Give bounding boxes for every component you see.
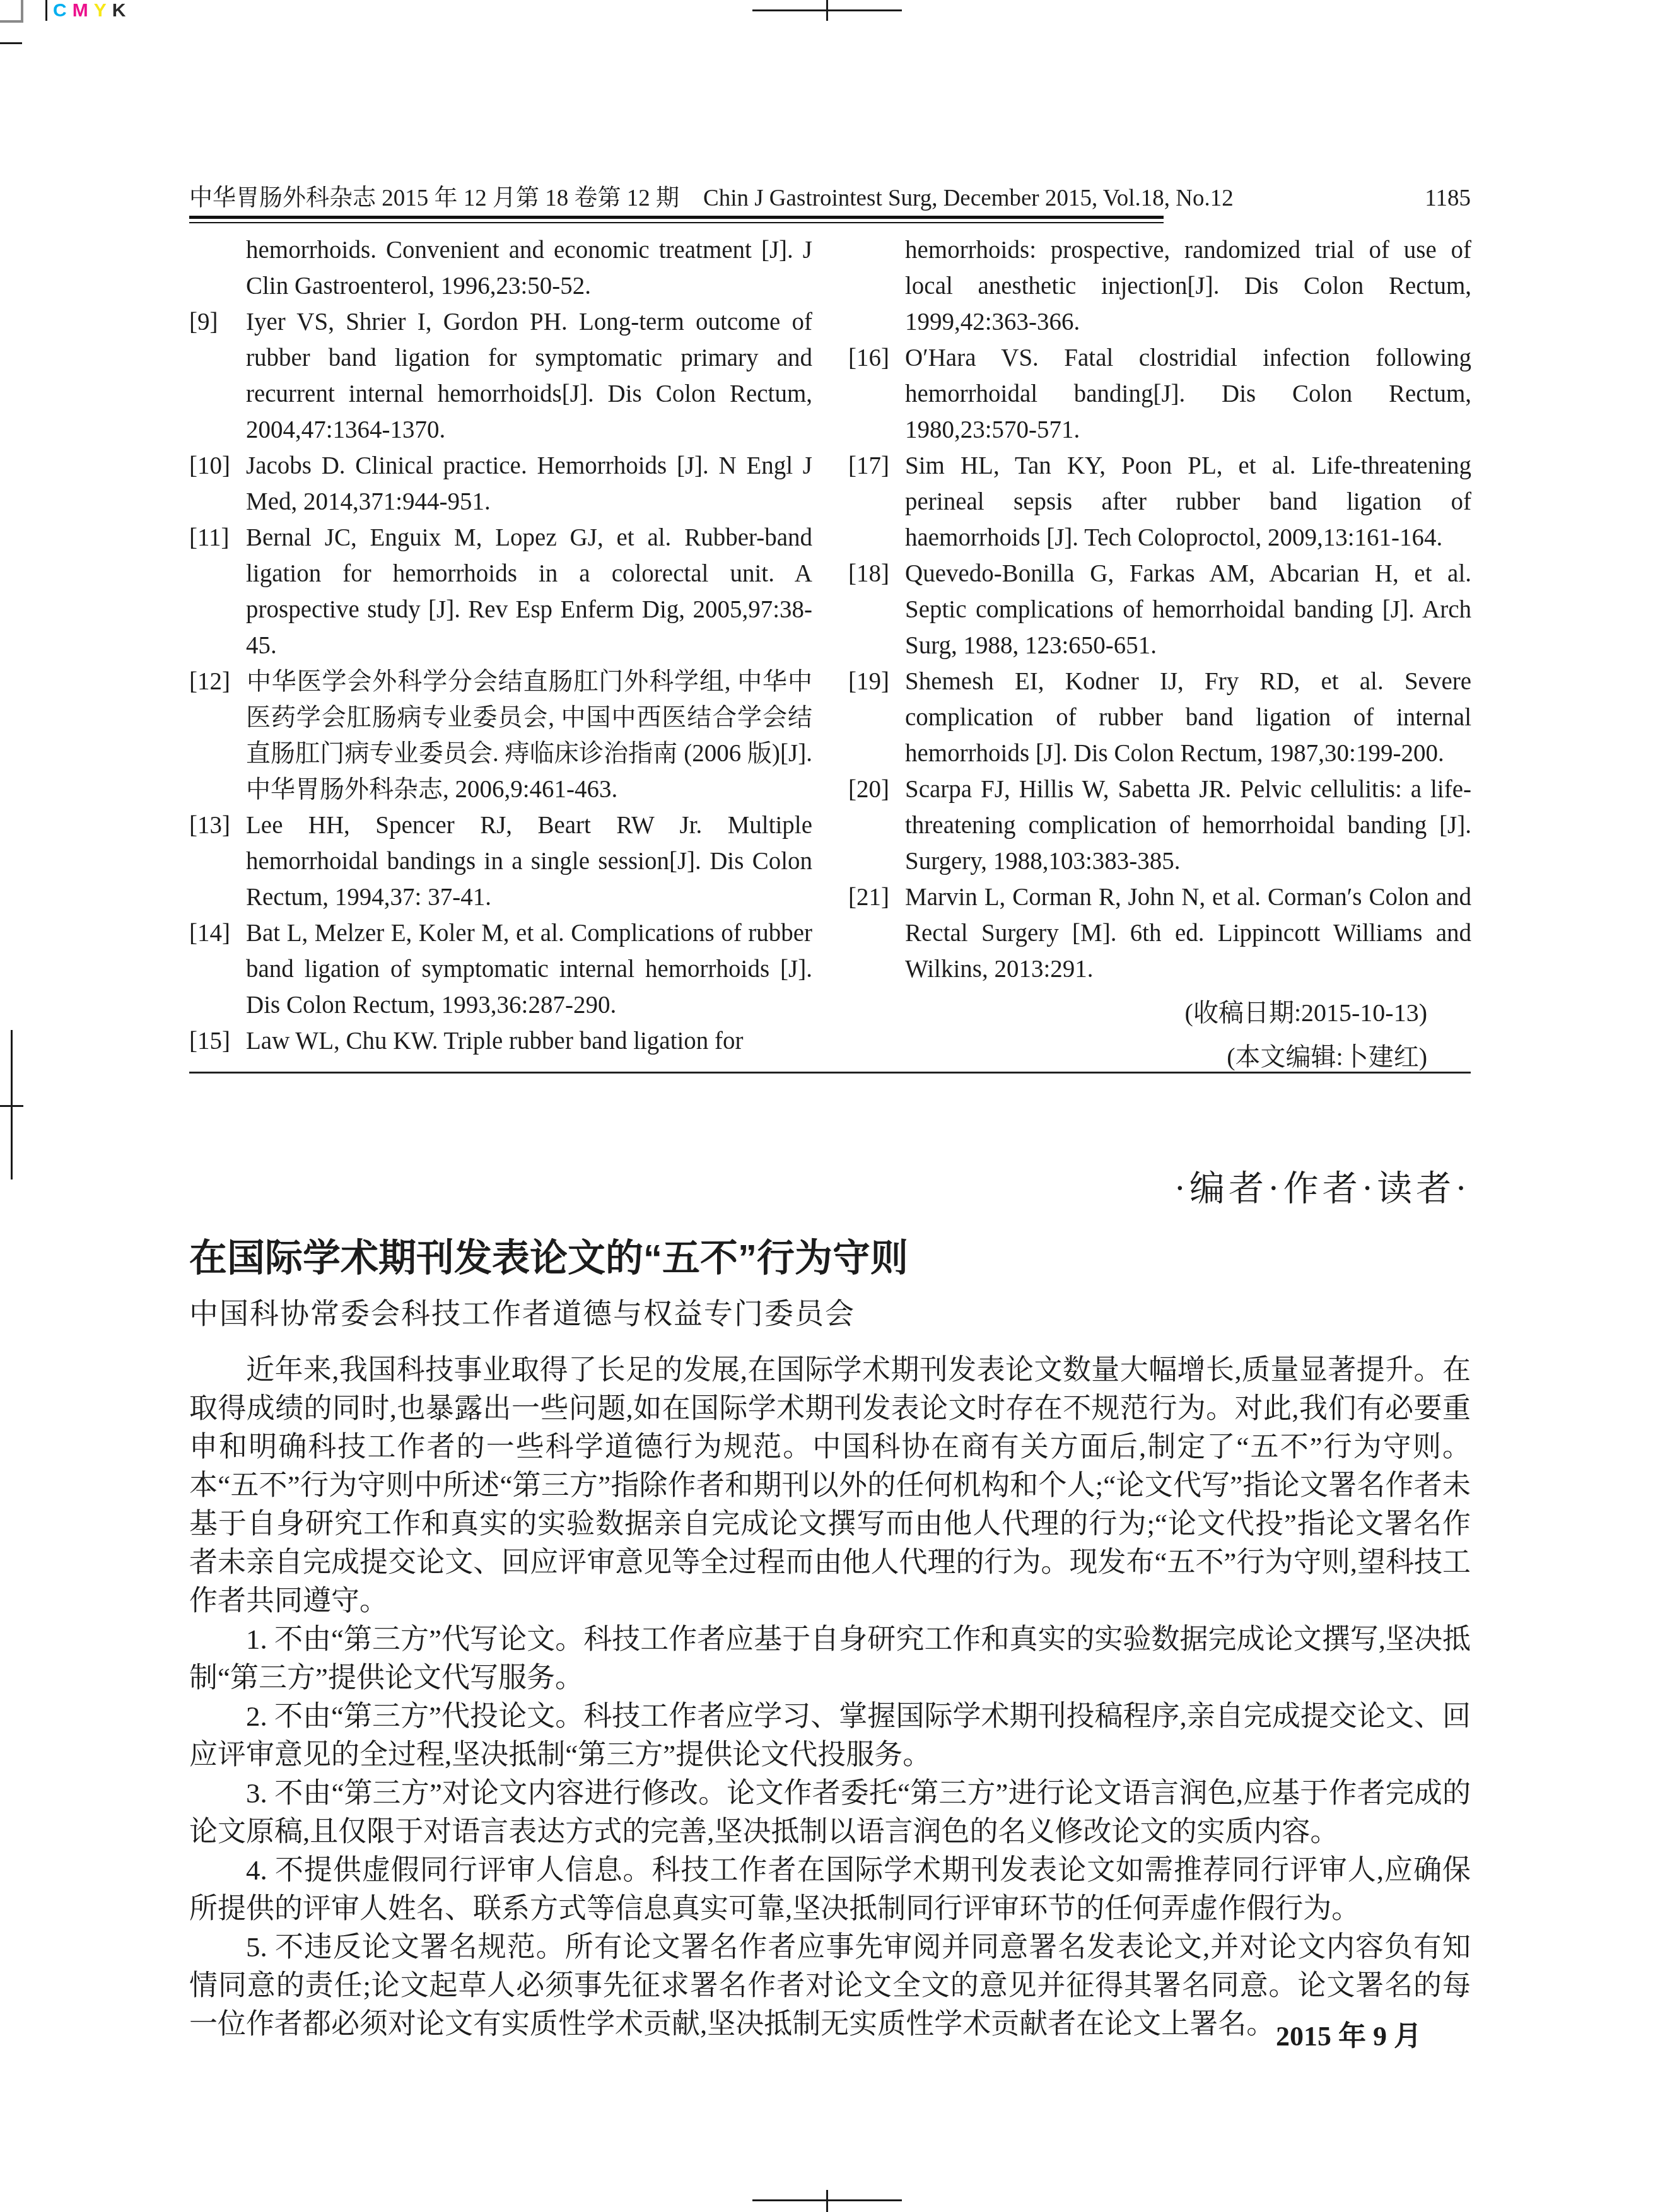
body-paragraph: 3. 不由“第三方”对论文内容进行修改。论文作者委托“第三方”进行论文语言润色,… (189, 1774, 1471, 1851)
reference-column-right: hemorrhoids: prospective, randomized tri… (848, 232, 1471, 1079)
reference-text: Bernal JC, Enguix M, Lopez GJ, et al. Ru… (246, 524, 812, 659)
journal-title-en: Chin J Gastrointest Surg, December 2015,… (703, 185, 1234, 211)
cmyk-color-bar: CMYK (53, 0, 131, 21)
cmyk-letter: M (73, 0, 88, 21)
reference-entry: [19]Shemesh EI, Kodner IJ, Fry RD, et al… (848, 664, 1471, 771)
reference-text: Bat L, Melzer E, Koler M, et al. Complic… (246, 920, 812, 1019)
reference-text: hemorrhoids. Convenient and economic tre… (246, 237, 812, 300)
reference-number: [13] (189, 807, 246, 843)
cmyk-letter: Y (94, 0, 107, 21)
article-body: 近年来,我国科技事业取得了长足的发展,在国际学术期刊发表论文数量大幅增长,质量显… (189, 1351, 1471, 2044)
registration-cross-top-vertical (826, 0, 828, 21)
body-paragraph: 1. 不由“第三方”代写论文。科技工作者应基于自身研究工作和真实的实验数据完成论… (189, 1620, 1471, 1697)
reference-entry: hemorrhoids: prospective, randomized tri… (848, 232, 1471, 340)
journal-title: 中华胃肠外科杂志 2015 年 12 月第 18 卷第 12 期Chin J G… (189, 184, 1258, 213)
reference-entry: [15]Law WL, Chu KW. Triple rubber band l… (189, 1023, 812, 1059)
trim-tick-horizontal (0, 42, 22, 44)
article-date: 2015 年 9 月 (189, 2013, 1471, 2054)
reference-entry: hemorrhoids. Convenient and economic tre… (189, 232, 812, 304)
reference-entry: [18]Quevedo-Bonilla G, Farkas AM, Abcari… (848, 556, 1471, 664)
reference-entry: [16]O′Hara VS. Fatal clostridial infecti… (848, 340, 1471, 448)
body-paragraph: 近年来,我国科技事业取得了长足的发展,在国际学术期刊发表论文数量大幅增长,质量显… (189, 1351, 1471, 1620)
reference-entry: [20]Scarpa FJ, Hillis W, Sabetta JR. Pel… (848, 771, 1471, 879)
trim-tick-vertical (45, 0, 47, 21)
reference-entry: [21]Marvin L, Corman R, John N, et al. C… (848, 879, 1471, 987)
cmyk-letter: C (53, 0, 67, 21)
registration-cross-bottom-vertical (826, 2190, 828, 2212)
reference-number: [15] (189, 1023, 246, 1059)
reference-entry: [11]Bernal JC, Enguix M, Lopez GJ, et al… (189, 520, 812, 664)
reference-number: [21] (848, 879, 905, 915)
page-number: 1185 (1425, 184, 1471, 213)
reference-text: Quevedo-Bonilla G, Farkas AM, Abcarian H… (905, 560, 1471, 659)
reference-number: [18] (848, 556, 905, 592)
reference-number: [11] (189, 520, 246, 556)
running-head-rule (189, 216, 1164, 223)
reference-text: Law WL, Chu KW. Triple rubber band ligat… (246, 1027, 744, 1055)
reference-number: [17] (848, 448, 905, 484)
reference-entry: [10]Jacobs D. Clinical practice. Hemorrh… (189, 448, 812, 520)
reference-entry: [17]Sim HL, Tan KY, Poon PL, et al. Life… (848, 448, 1471, 556)
crop-mark-top-left-horizontal (0, 20, 23, 23)
reference-entry: [9]Iyer VS, Shrier I, Gordon PH. Long-te… (189, 304, 812, 448)
reference-text: O′Hara VS. Fatal clostridial infection f… (905, 344, 1471, 443)
reference-number: [9] (189, 304, 246, 340)
reference-text: Sim HL, Tan KY, Poon PL, et al. Life-thr… (905, 452, 1471, 551)
article-author: 中国科协常委会科技工作者道德与权益专门委员会 (189, 1297, 1471, 1331)
reference-number: [19] (848, 664, 905, 699)
reference-number: [10] (189, 448, 246, 484)
reference-column-left: hemorrhoids. Convenient and economic tre… (189, 232, 812, 1059)
body-paragraph: 2. 不由“第三方”代投论文。科技工作者应学习、掌握国际学术期刊投稿程序,亲自完… (189, 1697, 1471, 1774)
reference-number: [16] (848, 340, 905, 376)
running-head: 中华胃肠外科杂志 2015 年 12 月第 18 卷第 12 期Chin J G… (189, 184, 1471, 213)
reference-text: Marvin L, Corman R, John N, et al. Corma… (905, 884, 1471, 983)
cmyk-letter: K (112, 0, 126, 21)
crop-mark-top-left-vertical (21, 0, 23, 21)
reference-number: [14] (189, 915, 246, 951)
reference-number: [20] (848, 771, 905, 807)
article-title: 在国际学术期刊发表论文的“五不”行为守则 (189, 1236, 1471, 1280)
article-divider-rule (189, 1072, 1471, 1074)
reference-text: Jacobs D. Clinical practice. Hemorrhoids… (246, 452, 812, 515)
reference-text: Shemesh EI, Kodner IJ, Fry RD, et al. Se… (905, 668, 1471, 767)
reference-text: hemorrhoids: prospective, randomized tri… (905, 237, 1471, 336)
journal-title-cn: 中华胃肠外科杂志 2015 年 12 月第 18 卷第 12 期 (189, 185, 679, 211)
reference-text: Lee HH, Spencer RJ, Beart RW Jr. Multipl… (246, 812, 812, 911)
reference-entry: [13]Lee HH, Spencer RJ, Beart RW Jr. Mul… (189, 807, 812, 915)
reference-number: [12] (189, 664, 246, 699)
section-label: ·编者·作者·读者· (189, 1169, 1471, 1208)
reference-text: Scarpa FJ, Hillis W, Sabetta JR. Pelvic … (905, 776, 1471, 875)
reference-entry: [14]Bat L, Melzer E, Koler M, et al. Com… (189, 915, 812, 1023)
reference-entry: [12]中华医学会外科学分会结直肠肛门外科学组, 中华中医药学会肛肠病专业委员会… (189, 664, 812, 807)
received-date-line: (收稿日期:2015-10-13) (848, 991, 1471, 1035)
body-paragraph: 4. 不提供虚假同行评审人信息。科技工作者在国际学术期刊发表论文如需推荐同行评审… (189, 1851, 1471, 1928)
reference-text: Iyer VS, Shrier I, Gordon PH. Long-term … (246, 308, 812, 443)
registration-cross-left-horizontal (0, 1105, 23, 1107)
journal-page: CMYK 中华胃肠外科杂志 2015 年 12 月第 18 卷第 12 期Chi… (0, 0, 1653, 2212)
reference-text: 中华医学会外科学分会结直肠肛门外科学组, 中华中医药学会肛肠病专业委员会, 中国… (246, 668, 812, 803)
